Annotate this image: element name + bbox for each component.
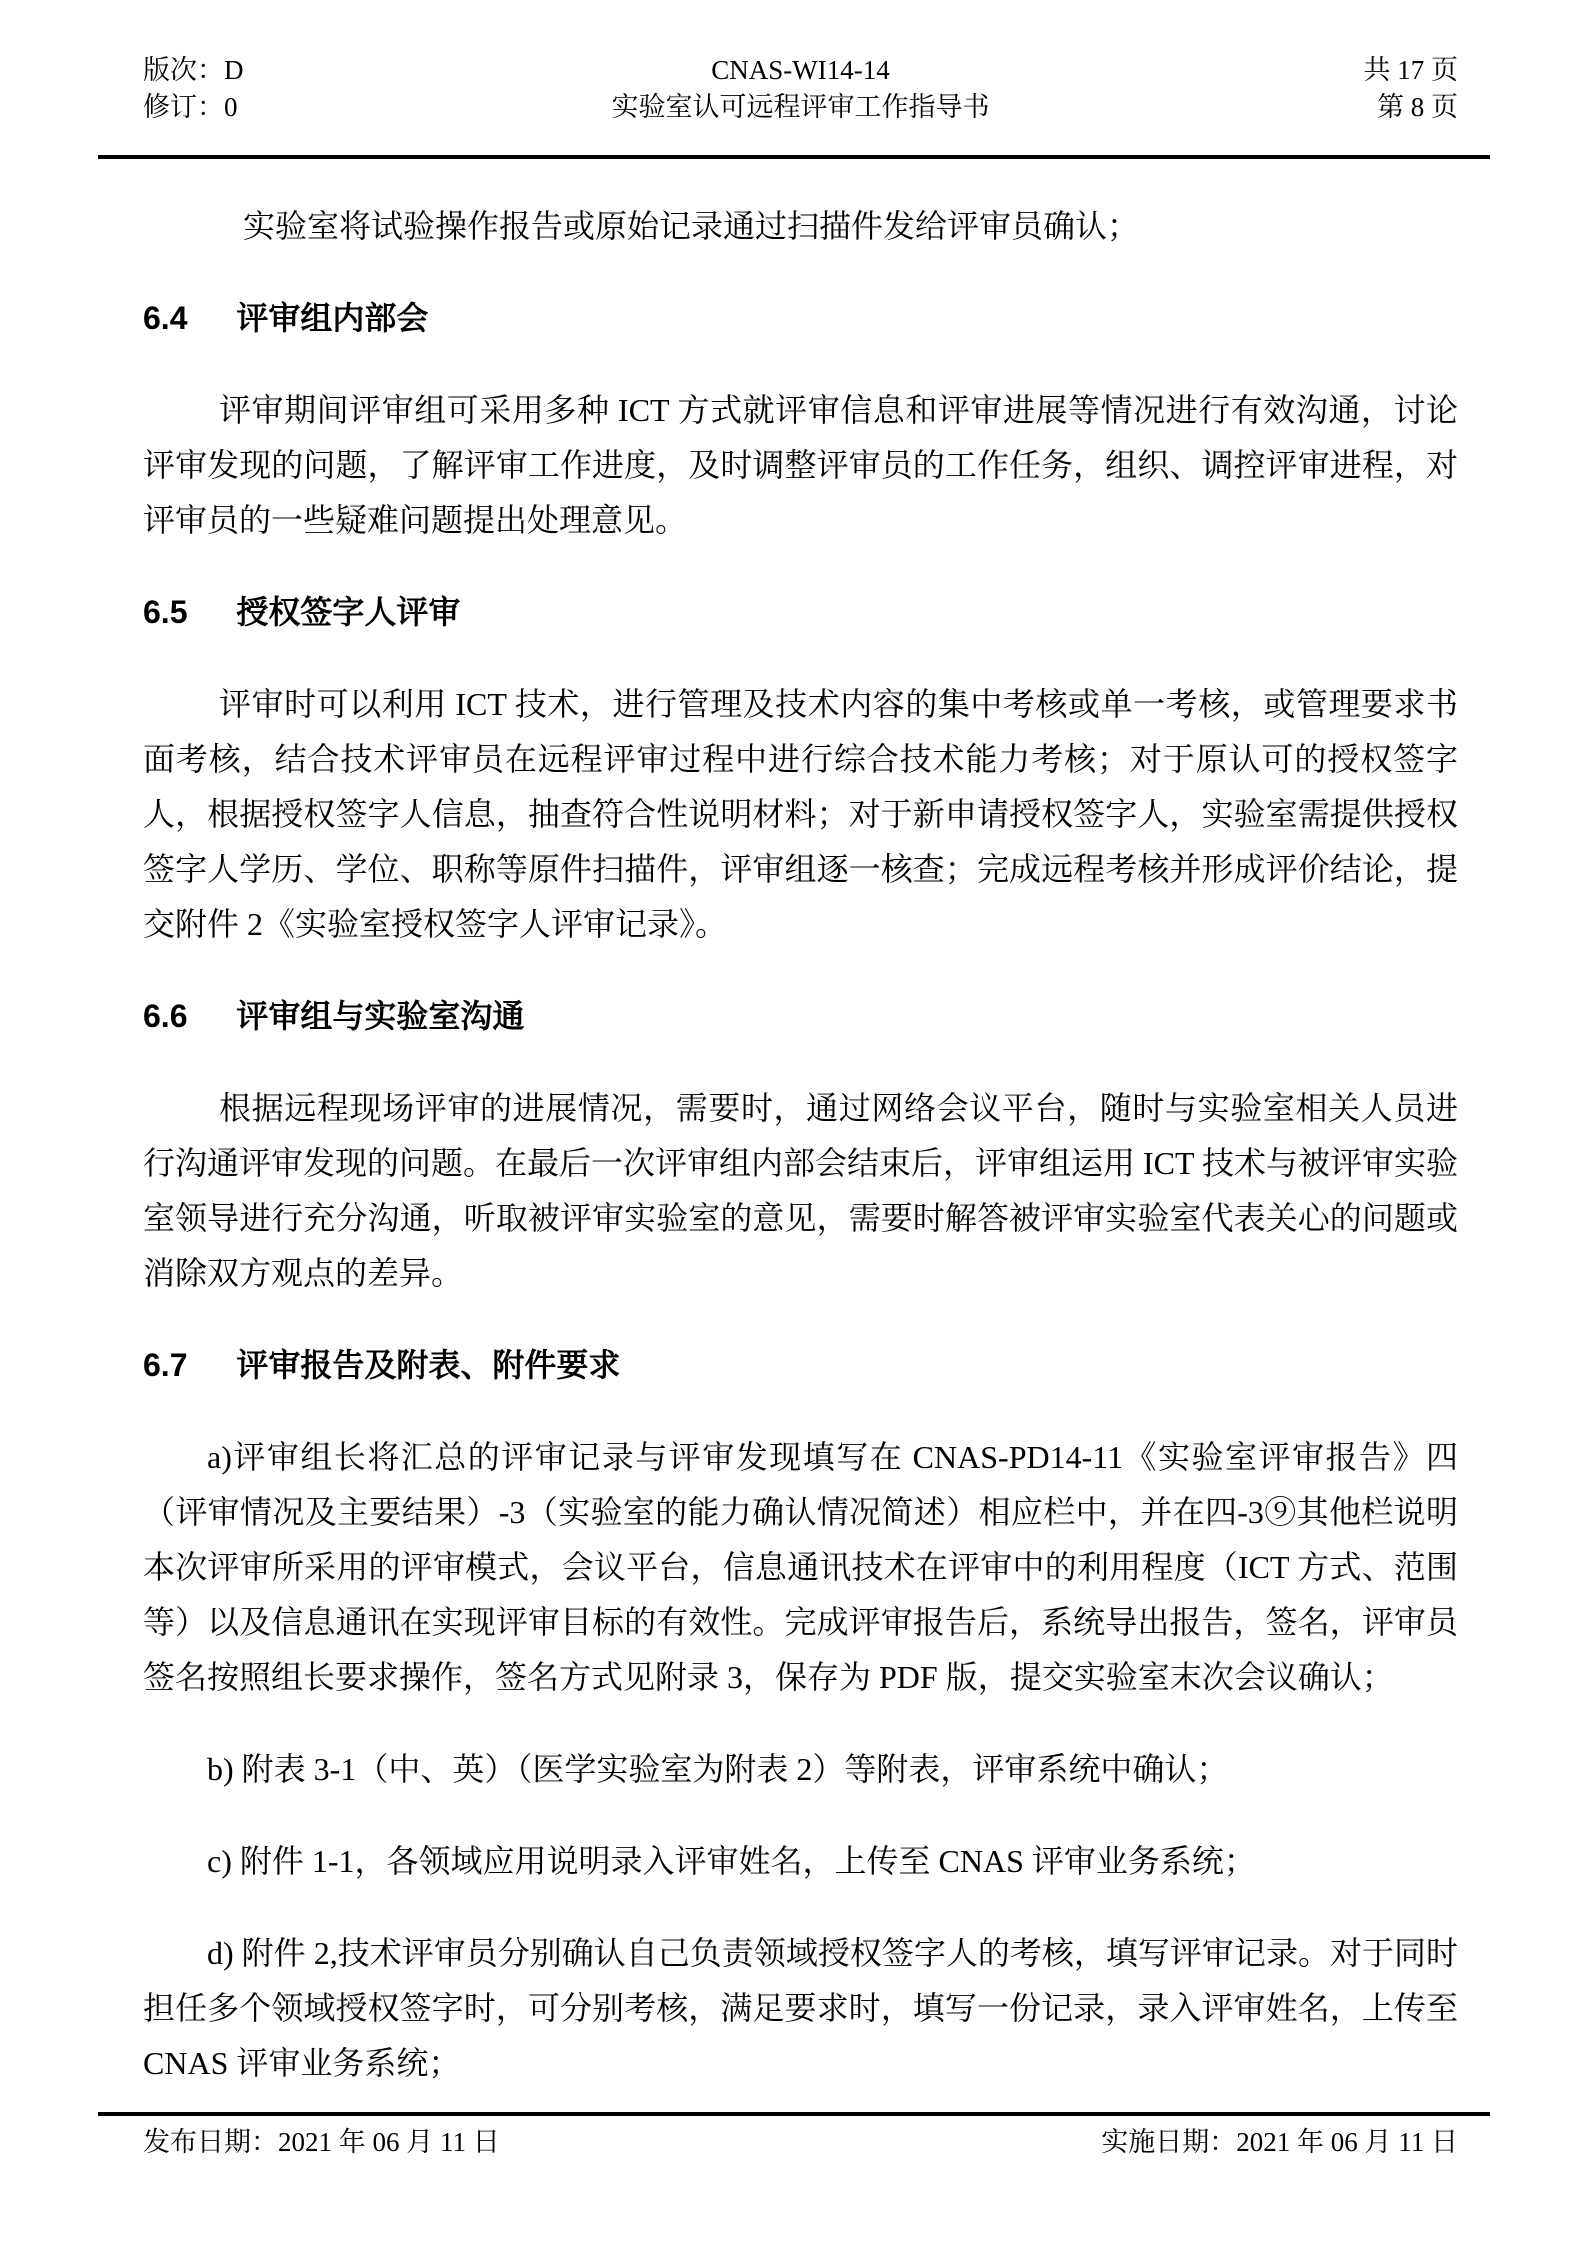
footer-release-date: 发布日期：2021 年 06 月 11 日 bbox=[143, 2124, 500, 2161]
section-number: 6.5 bbox=[143, 585, 187, 640]
header-total-pages: 共 17 页 bbox=[890, 52, 1458, 89]
section-6-7-item-c: c) 附件 1-1，各领域应用说明录入评审姓名，上传至 CNAS 评审业务系统； bbox=[143, 1834, 1458, 1889]
header-page-number: 第 8 页 bbox=[990, 89, 1459, 126]
page-footer: 发布日期：2021 年 06 月 11 日 实施日期：2021 年 06 月 1… bbox=[143, 2124, 1458, 2161]
section-title: 授权签字人评审 bbox=[236, 594, 460, 630]
section-6-7-item-b: b) 附表 3-1（中、英）（医学实验室为附表 2）等附表，评审系统中确认； bbox=[143, 1742, 1458, 1797]
section-6-4-paragraph: 评审期间评审组可采用多种 ICT 方式就评审信息和评审进展等情况进行有效沟通，讨… bbox=[143, 383, 1458, 548]
section-number: 6.7 bbox=[143, 1338, 187, 1393]
section-heading-6-7: 6.7 评审报告及附表、附件要求 bbox=[143, 1338, 1458, 1393]
section-6-7-item-a: a)评审组长将汇总的评审记录与评审发现填写在 CNAS-PD14-11《实验室评… bbox=[143, 1430, 1458, 1705]
section-heading-6-4: 6.4 评审组内部会 bbox=[143, 291, 1458, 346]
footer-rule bbox=[98, 2112, 1490, 2116]
section-title: 评审报告及附表、附件要求 bbox=[236, 1347, 620, 1383]
header-revision-label: 修订：0 bbox=[143, 89, 612, 126]
intro-paragraph: 实验室将试验操作报告或原始记录通过扫描件发给评审员确认； bbox=[143, 199, 1458, 254]
document-page: 版次：D CNAS-WI14-14 共 17 页 修订：0 实验室认可远程评审工… bbox=[0, 0, 1588, 2245]
header-doc-title: 实验室认可远程评审工作指导书 bbox=[612, 89, 990, 126]
section-heading-6-5: 6.5 授权签字人评审 bbox=[143, 585, 1458, 640]
section-6-5-paragraph: 评审时可以利用 ICT 技术，进行管理及技术内容的集中考核或单一考核，或管理要求… bbox=[143, 677, 1458, 952]
section-title: 评审组与实验室沟通 bbox=[236, 998, 524, 1034]
section-number: 6.4 bbox=[143, 291, 187, 346]
header-row-2: 修订：0 实验室认可远程评审工作指导书 第 8 页 bbox=[143, 89, 1458, 126]
document-body: 实验室将试验操作报告或原始记录通过扫描件发给评审员确认； 6.4 评审组内部会 … bbox=[143, 162, 1458, 2091]
page-header: 版次：D CNAS-WI14-14 共 17 页 修订：0 实验室认可远程评审工… bbox=[143, 52, 1458, 126]
header-version-label: 版次：D bbox=[143, 52, 711, 89]
section-title: 评审组内部会 bbox=[236, 300, 428, 336]
section-6-7-item-d: d) 附件 2,技术评审员分别确认自己负责领域授权签字人的考核，填写评审记录。对… bbox=[143, 1926, 1458, 2091]
footer-implementation-date: 实施日期：2021 年 06 月 11 日 bbox=[1101, 2124, 1458, 2161]
section-6-6-paragraph: 根据远程现场评审的进展情况，需要时，通过网络会议平台，随时与实验室相关人员进行沟… bbox=[143, 1081, 1458, 1301]
header-rule bbox=[98, 155, 1490, 159]
header-doc-number: CNAS-WI14-14 bbox=[711, 52, 889, 89]
section-heading-6-6: 6.6 评审组与实验室沟通 bbox=[143, 989, 1458, 1044]
header-row-1: 版次：D CNAS-WI14-14 共 17 页 bbox=[143, 52, 1458, 89]
section-number: 6.6 bbox=[143, 989, 187, 1044]
